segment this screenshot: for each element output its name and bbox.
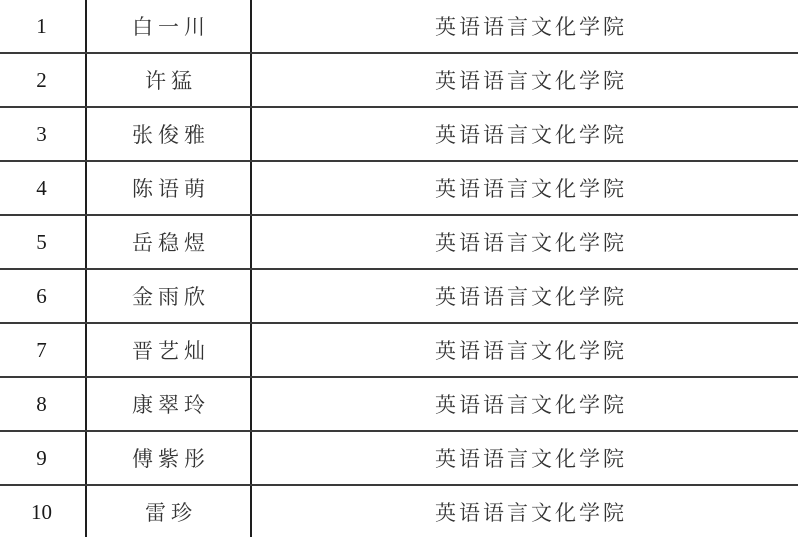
table-row: 8 康翠玲 英语语言文化学院 — [0, 377, 798, 431]
table-row: 1 白一川 英语语言文化学院 — [0, 0, 798, 53]
student-name: 雷珍 — [86, 485, 251, 537]
college-name: 英语语言文化学院 — [251, 431, 798, 485]
student-name: 晋艺灿 — [86, 323, 251, 377]
row-number: 2 — [0, 53, 86, 107]
college-name: 英语语言文化学院 — [251, 485, 798, 537]
row-number: 6 — [0, 269, 86, 323]
student-name: 白一川 — [86, 0, 251, 53]
row-number: 1 — [0, 0, 86, 53]
row-number: 4 — [0, 161, 86, 215]
student-name: 康翠玲 — [86, 377, 251, 431]
college-name: 英语语言文化学院 — [251, 377, 798, 431]
row-number: 10 — [0, 485, 86, 537]
table-row: 5 岳稳煜 英语语言文化学院 — [0, 215, 798, 269]
table-row: 6 金雨欣 英语语言文化学院 — [0, 269, 798, 323]
college-name: 英语语言文化学院 — [251, 215, 798, 269]
student-name: 傅紫彤 — [86, 431, 251, 485]
student-list-table: 1 白一川 英语语言文化学院 2 许猛 英语语言文化学院 3 张俊雅 英语语言文… — [0, 0, 798, 537]
college-name: 英语语言文化学院 — [251, 0, 798, 53]
college-name: 英语语言文化学院 — [251, 269, 798, 323]
table-row: 4 陈语萌 英语语言文化学院 — [0, 161, 798, 215]
student-name: 陈语萌 — [86, 161, 251, 215]
table-row: 7 晋艺灿 英语语言文化学院 — [0, 323, 798, 377]
table-row: 2 许猛 英语语言文化学院 — [0, 53, 798, 107]
student-name: 金雨欣 — [86, 269, 251, 323]
row-number: 3 — [0, 107, 86, 161]
row-number: 8 — [0, 377, 86, 431]
student-name: 岳稳煜 — [86, 215, 251, 269]
row-number: 5 — [0, 215, 86, 269]
college-name: 英语语言文化学院 — [251, 323, 798, 377]
row-number: 7 — [0, 323, 86, 377]
row-number: 9 — [0, 431, 86, 485]
college-name: 英语语言文化学院 — [251, 161, 798, 215]
college-name: 英语语言文化学院 — [251, 107, 798, 161]
table-row: 10 雷珍 英语语言文化学院 — [0, 485, 798, 537]
table-row: 3 张俊雅 英语语言文化学院 — [0, 107, 798, 161]
table-row: 9 傅紫彤 英语语言文化学院 — [0, 431, 798, 485]
student-name: 张俊雅 — [86, 107, 251, 161]
college-name: 英语语言文化学院 — [251, 53, 798, 107]
student-name: 许猛 — [86, 53, 251, 107]
